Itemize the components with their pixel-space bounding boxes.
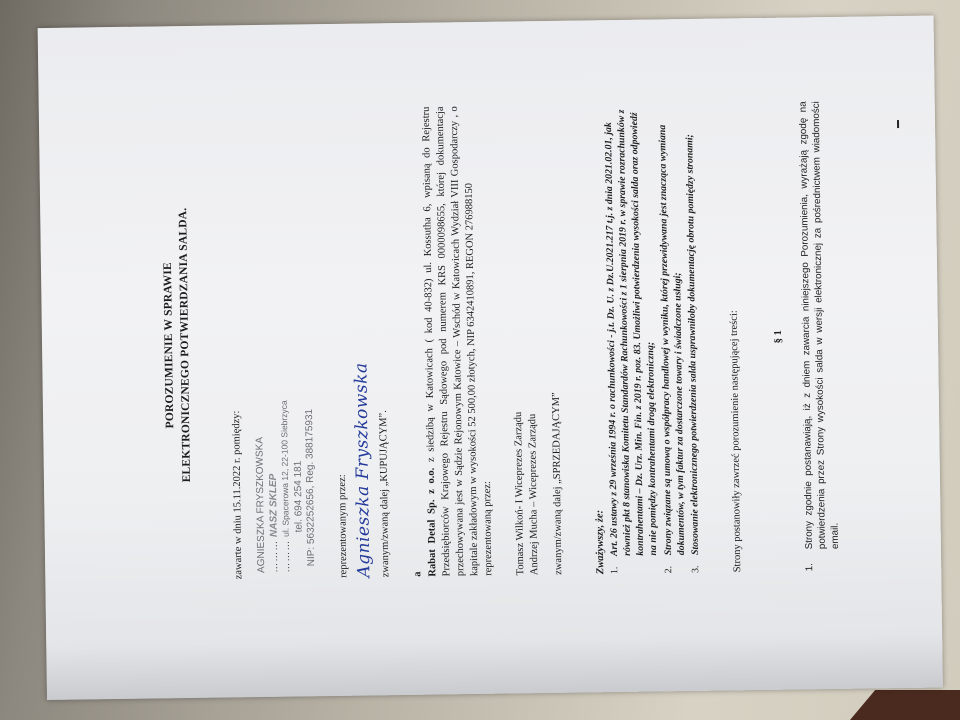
section-item: 1.Strony zgodnie postanawiają, iż z dnie… bbox=[797, 101, 843, 572]
whereas-list: 1.Art. 26 ustawy z 29 września 1994 r. o… bbox=[602, 103, 702, 574]
document-title: POROZUMIENIE W SPRAWIE ELEKTRONICZNEGO P… bbox=[159, 110, 197, 580]
buyer-signature: Agnieszka Fryszkowska bbox=[346, 107, 375, 577]
stamp-address: ul. Spacerowa 12, 22-100 Siebrzyca bbox=[279, 400, 291, 537]
buyer-stamp: AGNIESZKA FRYSZKOWSKA ……… NASZ SKLEP ………… bbox=[250, 108, 319, 573]
table-surface bbox=[850, 690, 960, 720]
seller-name: Rabat Detal Sp. z o.o. bbox=[425, 468, 438, 577]
seller-description: Rabat Detal Sp. z o.o. z siedzibą w Kato… bbox=[419, 106, 482, 577]
stamp-shop: NASZ SKLEP bbox=[267, 474, 279, 537]
section-mark: § 1 bbox=[769, 102, 790, 572]
section-1-list: 1.Strony zgodnie postanawiają, iż z dnie… bbox=[797, 101, 843, 572]
document-content: POROZUMIENIE W SPRAWIE ELEKTRONICZNEGO P… bbox=[159, 101, 843, 580]
document-page: POROZUMIENIE W SPRAWIE ELEKTRONICZNEGO P… bbox=[38, 16, 943, 700]
print-mark bbox=[897, 120, 899, 128]
whereas-item: 1.Art. 26 ustawy z 29 września 1994 r. o… bbox=[602, 103, 661, 574]
